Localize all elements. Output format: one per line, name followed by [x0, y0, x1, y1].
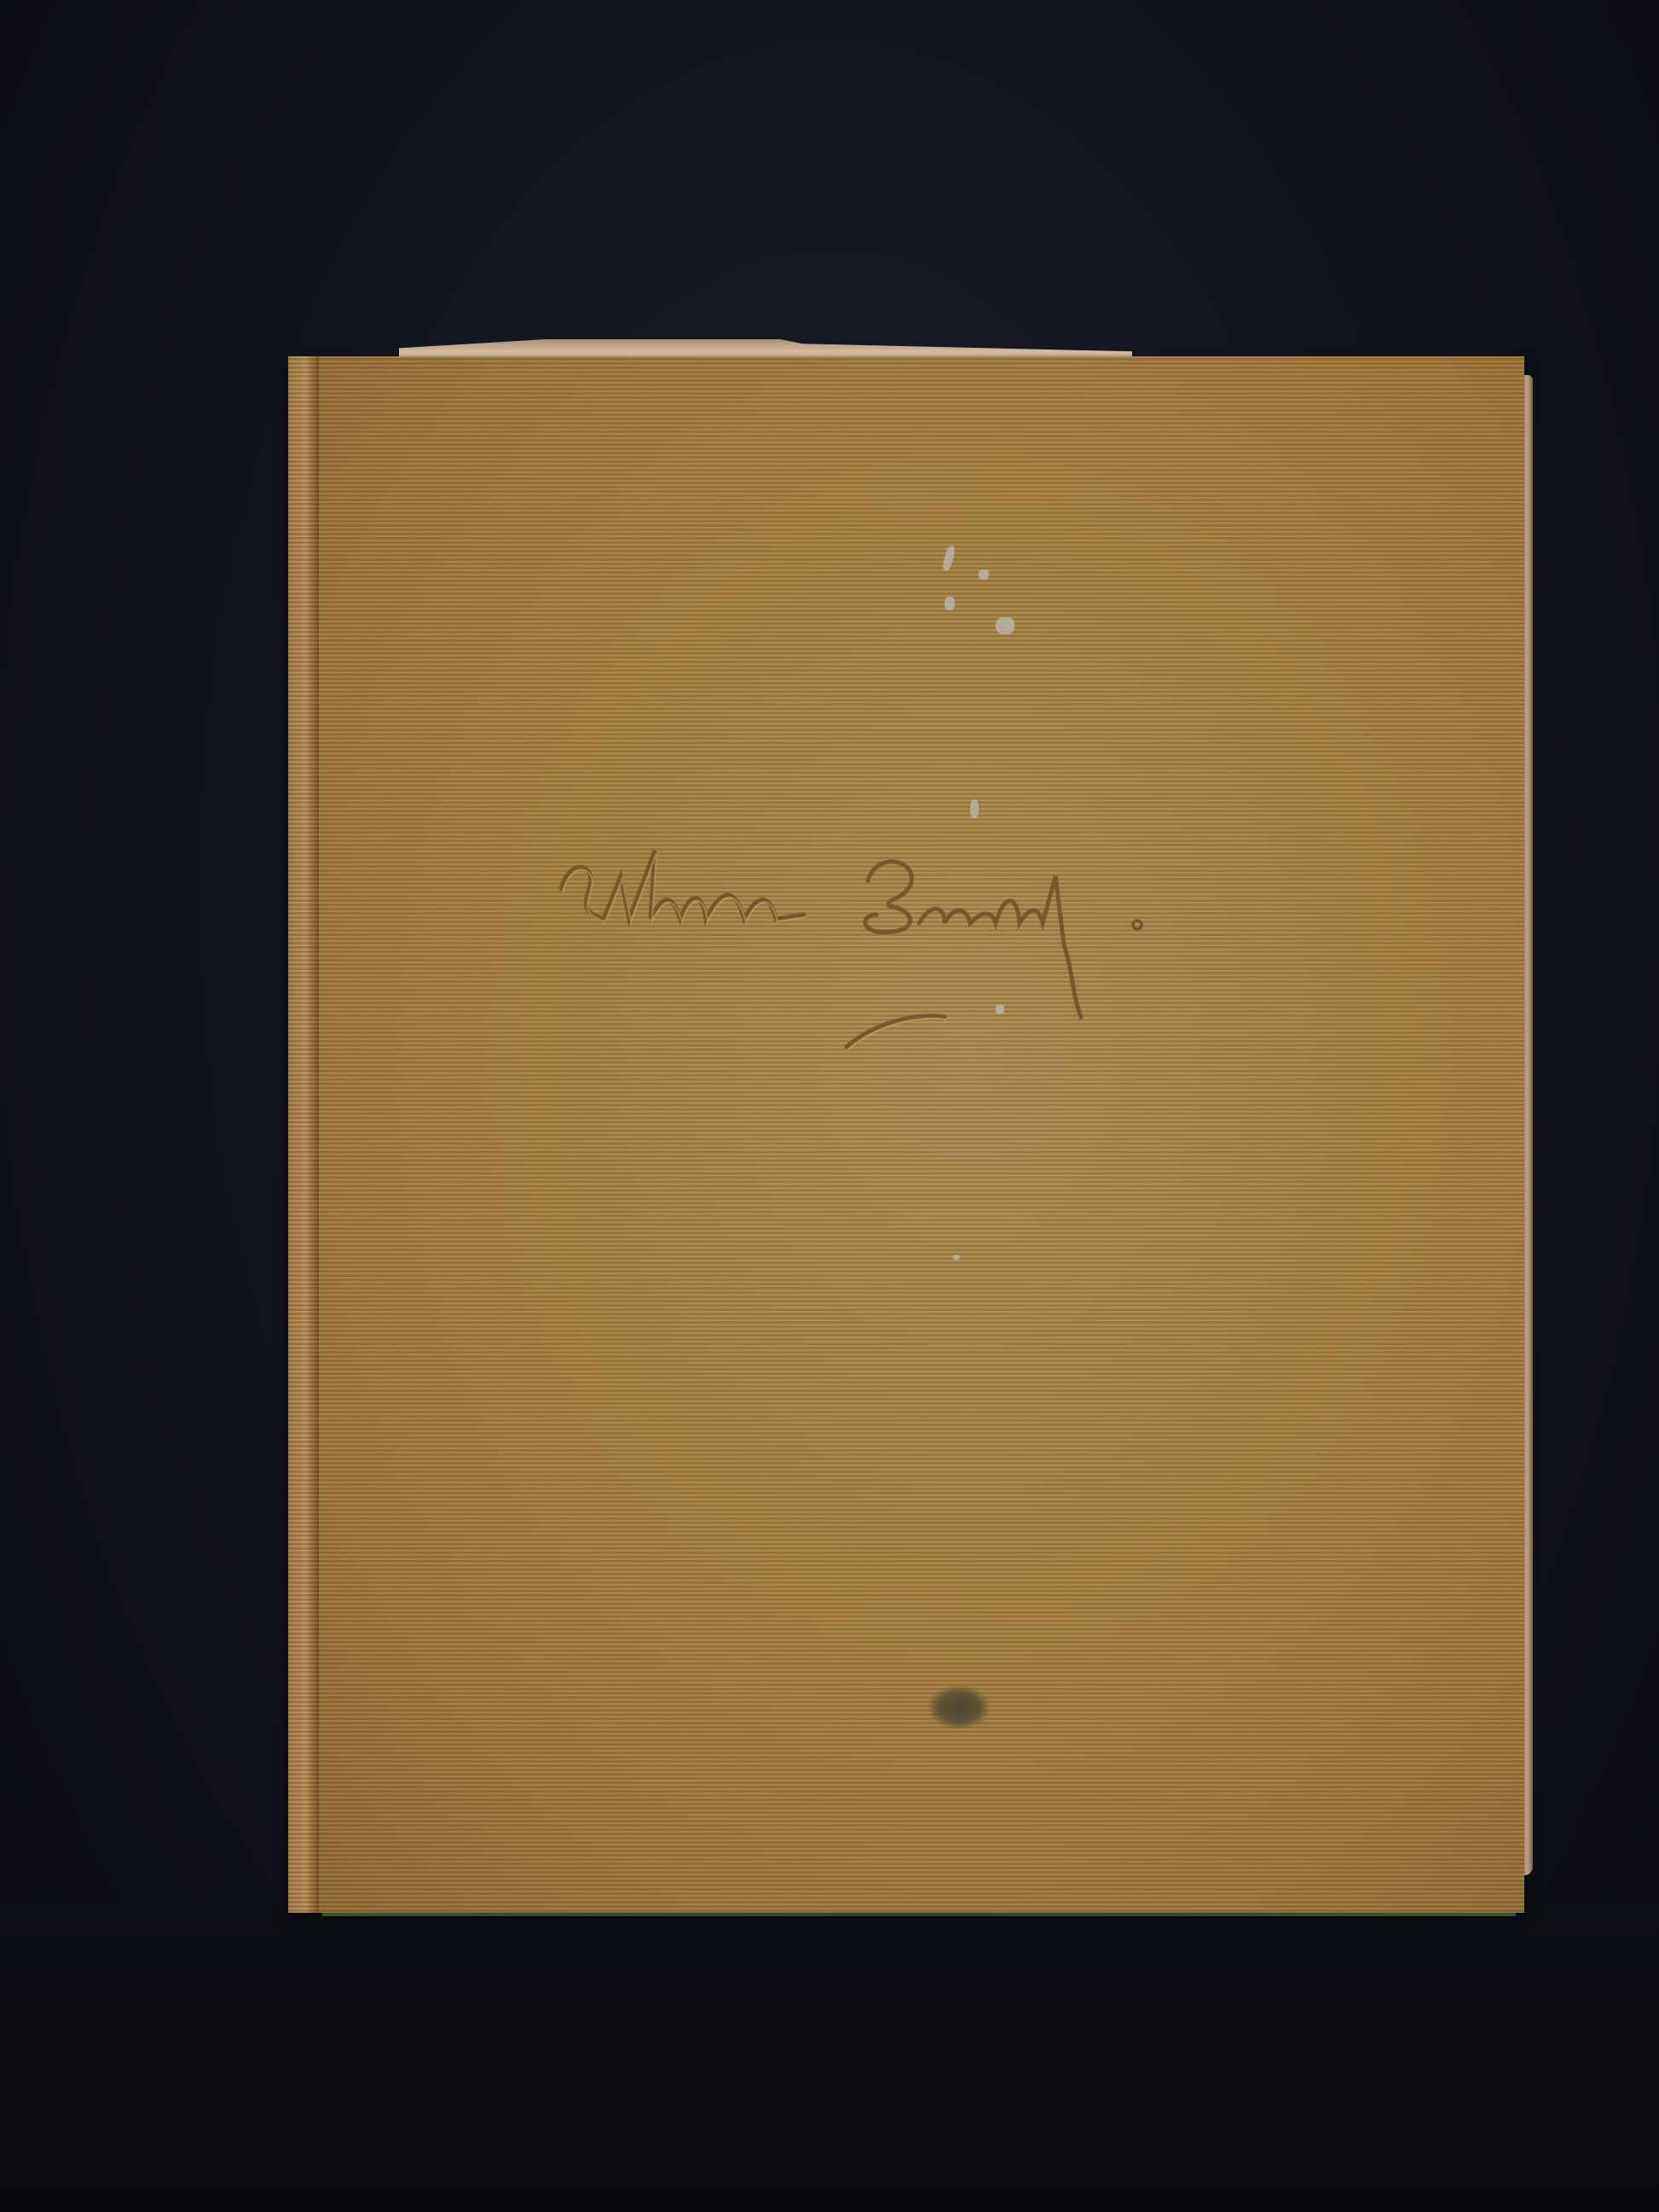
cover-scuff-mark	[996, 617, 1014, 634]
cover-scuff-mark	[953, 1255, 960, 1260]
cover-scuff-mark	[970, 800, 979, 818]
cover-scuff-mark	[941, 545, 956, 572]
embossed-signature: Wilhelm Busch	[552, 842, 1234, 1055]
photo-scene: Wilhelm Busch	[0, 0, 1659, 2212]
bottom-edge-green-wear	[322, 1912, 1516, 1916]
cover-stain	[929, 1686, 989, 1729]
cover-scuff-mark	[979, 569, 989, 580]
spine-hinge	[288, 356, 319, 1913]
dark-backdrop-floor	[0, 1901, 1659, 2212]
signature-flourish-icon	[552, 842, 1234, 1055]
book-front-cover: Wilhelm Busch	[288, 356, 1524, 1913]
cover-scuff-mark	[945, 597, 955, 610]
book: Wilhelm Busch	[288, 356, 1533, 1913]
